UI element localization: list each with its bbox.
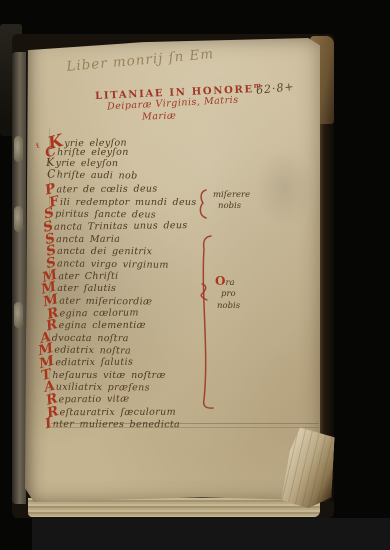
litany-line-initial: I [43, 415, 53, 432]
ora-initial: O [215, 274, 225, 288]
response-pro: pro [221, 289, 236, 299]
response-ora: Ora [215, 274, 235, 288]
manuscript-photo: Liber monrij ſn Em LITANIAE IN HONOREm D… [0, 0, 390, 550]
cradle-shadow [32, 518, 390, 550]
ora-rest: ra [225, 278, 234, 288]
binding-gutter [12, 52, 26, 504]
response-bracket-small [196, 188, 210, 220]
response-miserere-line1: miſerere [213, 190, 250, 200]
sewing-support [14, 206, 23, 232]
litany-line-initial: C [47, 167, 57, 180]
sewing-support [14, 302, 23, 328]
litany-line: Inter mulieres benedicta [45, 415, 180, 432]
manuscript-page: Liber monrij ſn Em LITANIAE IN HONOREm D… [25, 38, 320, 502]
litany-list: Kyrie eleyſonChriſte eleyſonKyrie eleyſo… [25, 38, 320, 502]
response-nobis: nobis [217, 301, 240, 311]
sewing-support [14, 136, 23, 162]
response-miserere-line2: nobis [218, 201, 241, 211]
response-bracket-long [199, 232, 219, 420]
litany-line-text: nter mulieres benedicta [53, 419, 180, 431]
